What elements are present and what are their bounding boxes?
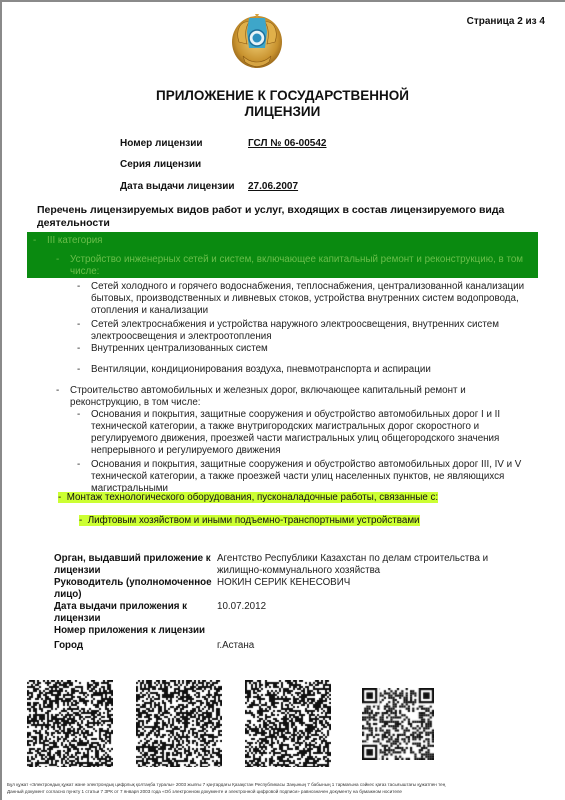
document-title: ПРИЛОЖЕНИЕ К ГОСУДАРСТВЕННОЙ ЛИЦЕНЗИИ	[0, 88, 565, 120]
list-item: - Основания и покрытия, защитные сооруже…	[91, 409, 531, 457]
list-item-elevator: - Лифтовым хозяйством и иными подъемно-т…	[79, 515, 539, 527]
barcode-1-icon	[27, 680, 113, 767]
elevator-text: Лифтовым хозяйством и иными подъемно-тра…	[88, 515, 420, 526]
license-series-label: Серия лицензии	[120, 159, 248, 170]
issuer-label: Орган, выдавший приложение к лицензии	[54, 553, 219, 577]
license-date-label: Дата выдачи лицензии	[120, 181, 248, 192]
footer-line-ru: Данный документ согласно пункту 1 статьи…	[7, 788, 562, 795]
appendix-number-label: Номер приложения к лицензии	[54, 625, 219, 637]
list-item: - Основания и покрытия, защитные сооруже…	[91, 459, 531, 495]
license-date-value: 27.06.2007	[248, 181, 298, 192]
appendix-date-label: Дата выдачи приложения к лицензии	[54, 601, 219, 625]
license-number-row: Номер лицензииГСЛ № 06-00542	[120, 138, 327, 149]
city-label: Город	[54, 640, 219, 652]
list-item-category: - III категория	[47, 235, 527, 247]
list-item: - Сетей холодного и горячего водоснабжен…	[91, 281, 537, 317]
head-value: НОКИН СЕРИК КЕНЕСОВИЧ	[217, 577, 517, 589]
title-line-1: ПРИЛОЖЕНИЕ К ГОСУДАРСТВЕННОЙ	[0, 88, 565, 104]
issuer-value: Агентство Республики Казахстан по делам …	[217, 553, 517, 577]
category-text: III категория	[47, 235, 102, 246]
footer-line-kz: Бұл құжат «Электрондық құжат және электр…	[7, 781, 562, 788]
list-item: - Вентиляции, кондиционирования воздуха,…	[91, 364, 537, 376]
list-item: - Внутренних централизованных систем	[91, 343, 537, 355]
activities-list-heading: Перечень лицензируемых видов работ и усл…	[37, 204, 537, 230]
installation-text: Монтаж технологического оборудования, пу…	[67, 492, 438, 503]
page-indicator: Страница 2 из 4	[467, 16, 545, 27]
license-number-value: ГСЛ № 06-00542	[248, 138, 327, 149]
license-number-label: Номер лицензии	[120, 138, 248, 149]
title-line-2: ЛИЦЕНЗИИ	[0, 104, 565, 120]
legal-footer: Бұл құжат «Электрондық құжат және электр…	[7, 781, 562, 795]
barcode-3-icon	[245, 680, 331, 767]
list-item-engineering: - Устройство инженерных сетей и систем, …	[70, 254, 536, 278]
appendix-date-value: 10.07.2012	[217, 601, 517, 613]
head-label: Руководитель (уполномоченное лицо)	[54, 577, 219, 601]
barcode-2-icon	[136, 680, 222, 767]
qr-code-icon	[362, 688, 434, 760]
license-series-row: Серия лицензии	[120, 159, 248, 170]
license-date-row: Дата выдачи лицензии27.06.2007	[120, 181, 298, 192]
list-item-installation: - Монтаж технологического оборудования, …	[58, 492, 538, 504]
state-emblem-icon	[231, 12, 283, 72]
city-value: г.Астана	[217, 640, 517, 652]
engineering-text: Устройство инженерных сетей и систем, вк…	[70, 254, 523, 277]
list-item-roads: - Строительство автомобильных и железных…	[70, 385, 510, 409]
list-item: - Сетей электроснабжения и устройства на…	[91, 319, 537, 343]
